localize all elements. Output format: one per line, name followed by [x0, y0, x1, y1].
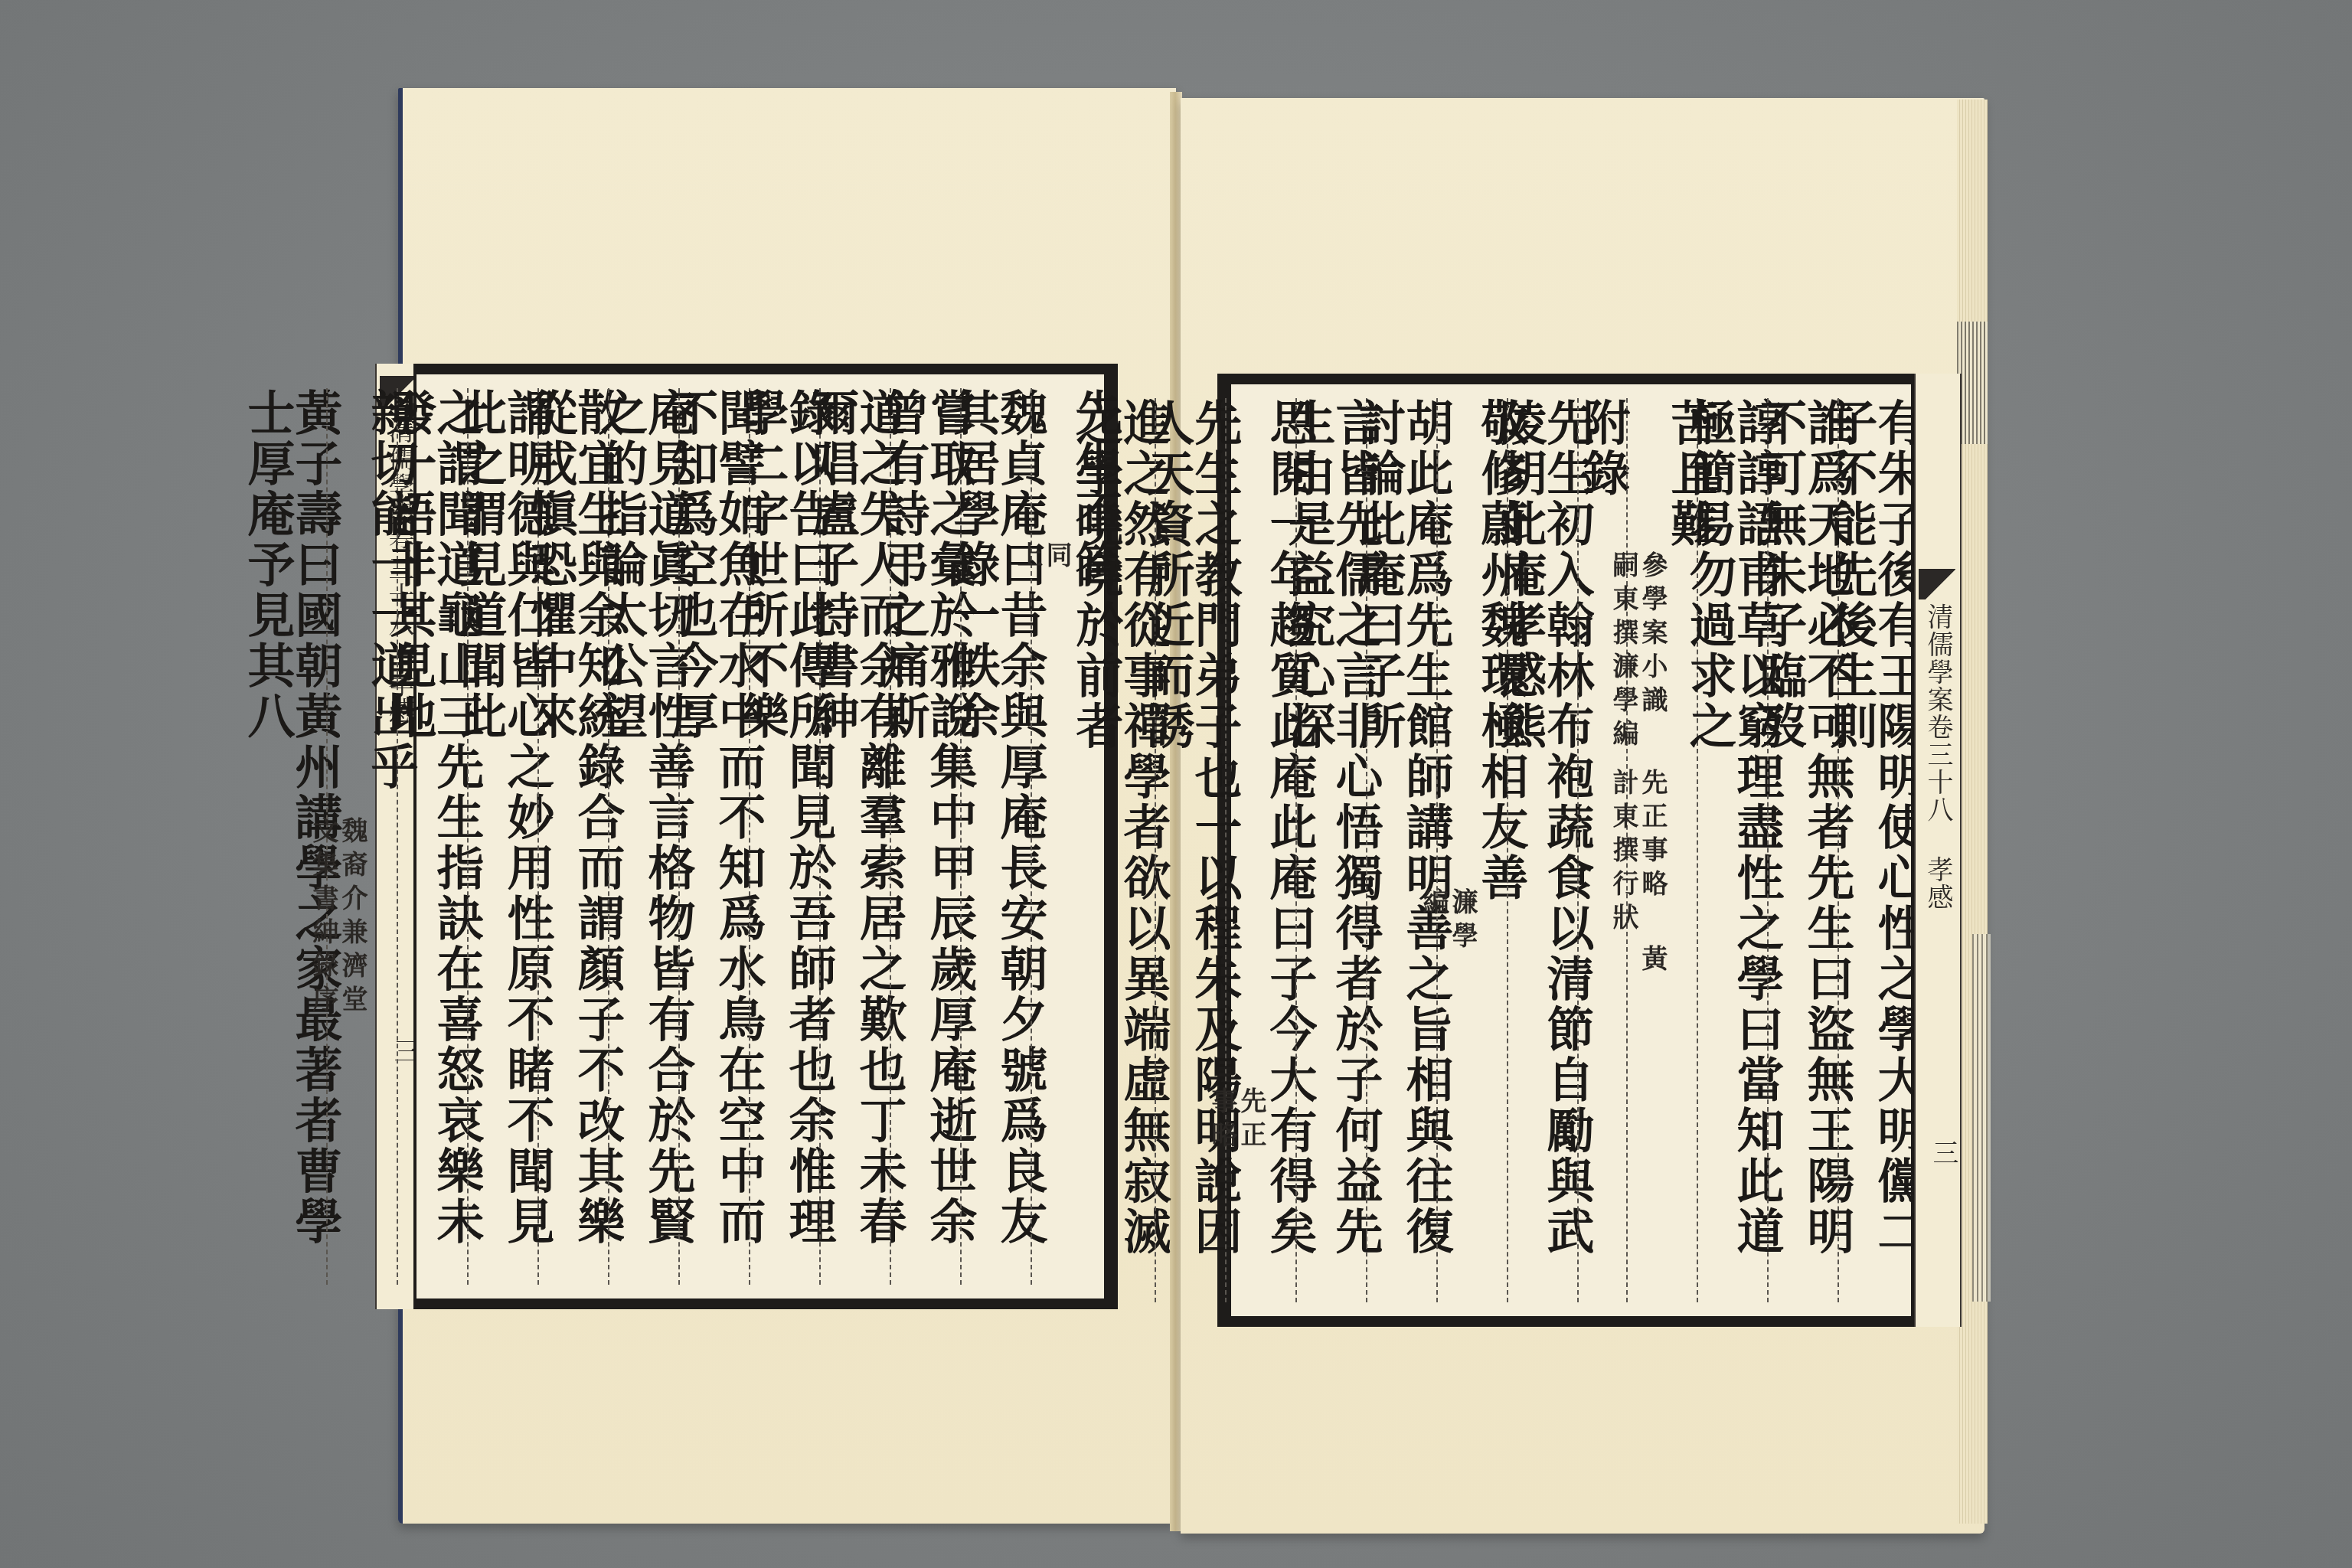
- column-text: 魏貞庵曰昔余與厚庵長安朝夕號爲良友其居學錄一帙余: [949, 388, 1044, 1285]
- left-columns: 先生不答 同 上 魏貞庵曰昔余與厚庵長安朝夕號爲良友其居學錄一帙余 嘗取之彙於雅…: [420, 388, 1101, 1285]
- text-column: 先生初入翰林布袍蔬食以清節自勵與武陵胡此庵孝感熊: [1507, 398, 1577, 1302]
- annotation: 參學案小識 嗣東撰濂學編: [1610, 551, 1665, 753]
- column-text: 先生之教門弟子也一以程朱及陽明說因人天資所近而誘: [1143, 398, 1238, 1302]
- text-column: 先生之教門弟子也一以程朱及陽明說因人天資所近而誘: [1155, 398, 1225, 1302]
- annotation-text: 編: [1420, 888, 1446, 955]
- annotation-text: 文集書紳錄序: [310, 817, 336, 1019]
- fold-title: 清儒學案卷三十八: [1925, 603, 1951, 824]
- page-number: 三: [1925, 1139, 1962, 1165]
- column-text: 有朱子後有王陽明使心性之學大明儻二子不能先後生則: [1826, 398, 1921, 1302]
- annotation-block: 參學案小識 嗣東撰濂學編 先正事略 計東撰行狀 黃: [1610, 398, 1665, 978]
- annotation-text: 同: [1044, 541, 1070, 575]
- text-column: 胡此庵爲先生館師講明善之旨相與往復討論此庵曰子所: [1366, 398, 1436, 1302]
- annotation: 濂學 編: [1420, 888, 1475, 955]
- annotation: 同 上: [1014, 541, 1070, 575]
- left-text-frame: 先生不答 同 上 魏貞庵曰昔余與厚庵長安朝夕號爲良友其居學錄一帙余 嘗取之彙於雅…: [413, 364, 1118, 1309]
- annotation-text: 嗣東撰濂學編: [1610, 551, 1636, 753]
- column-text: 胡此庵爲先生館師講明善之旨相與往復討論此庵曰子所: [1354, 398, 1449, 1302]
- right-columns: 有朱子後有王陽明使心性之學大明儻二子不能先後生則 誰爲天地必不可無者先生曰盜無王…: [1234, 398, 1908, 1302]
- fore-edge-ink: [1972, 934, 1991, 1302]
- column-text: 先生初入翰林布袍蔬食以清節自勵與武陵胡此庵孝感熊: [1495, 398, 1590, 1302]
- right-center-fold: 清儒學案卷三十八 孝感 三: [1914, 374, 1962, 1327]
- annotation-text: 事略: [1209, 1087, 1235, 1155]
- annotation-text: 先正事略: [1639, 769, 1665, 937]
- annotation-text: 上: [1014, 541, 1040, 575]
- annotation-text: 黃: [1610, 945, 1665, 978]
- annotation-text: 濂學: [1449, 888, 1475, 955]
- annotation-text: 魏裔介兼濟堂: [339, 817, 365, 1019]
- fore-edge-ink: [1957, 322, 1988, 444]
- fishtail-mark-icon: [1919, 569, 1955, 599]
- annotation: 先正事略 計東撰行狀: [1610, 769, 1665, 937]
- annotation: 魏裔介兼濟堂 文集書紳錄序: [310, 817, 365, 1019]
- annotation-text: 參學案小識: [1639, 551, 1665, 753]
- fore-edge: [1957, 100, 1988, 1524]
- annotation-text: 計東撰行狀: [1610, 769, 1636, 937]
- annotation: 先正 事略: [1209, 1087, 1264, 1155]
- text-column: 魏貞庵曰昔余與厚庵長安朝夕號爲良友其居學錄一帙余: [960, 388, 1031, 1285]
- fold-section: 孝感: [1925, 856, 1951, 911]
- annotation-text: 先正: [1238, 1087, 1264, 1155]
- text-column: 有朱子後有王陽明使心性之學大明儻二子不能先後生則: [1837, 398, 1908, 1302]
- right-text-frame: 有朱子後有王陽明使心性之學大明儻二子不能先後生則 誰爲天地必不可無者先生曰盜無王…: [1217, 374, 1914, 1327]
